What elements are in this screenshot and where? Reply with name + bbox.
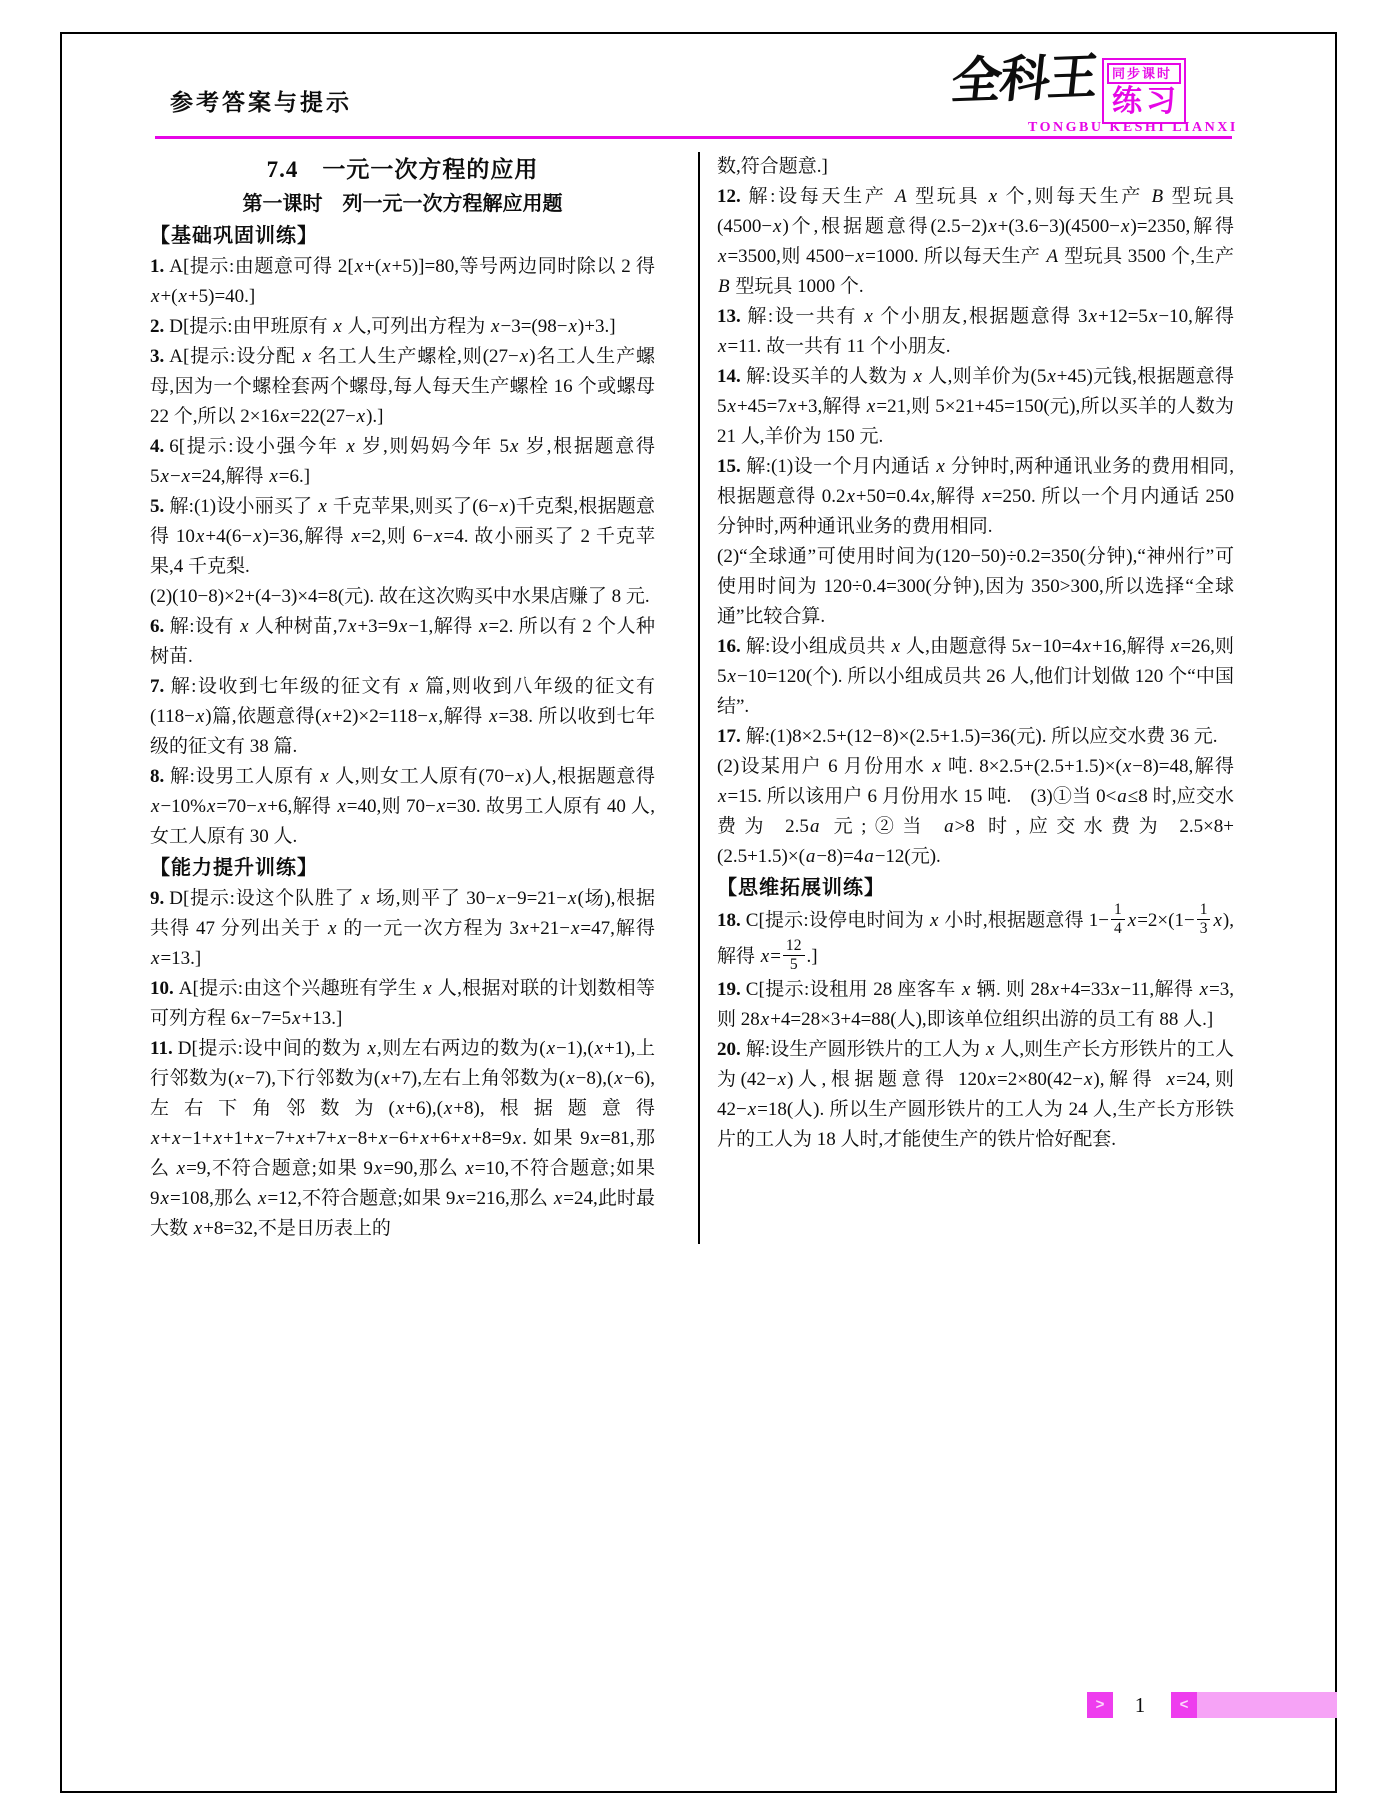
left-column: 7.4 一元一次方程的应用第一课时 列一元一次方程解应用题【基础巩固训练】1.A… xyxy=(150,152,655,1244)
answer-item-number: 9. xyxy=(150,888,164,909)
page-number: 1 xyxy=(1120,1693,1160,1718)
answer-item: (2)(10−8)×2+(4−3)×4=8(元). 故在这次购买中水果店赚了 8… xyxy=(150,582,655,612)
answer-item: 8.解:设男工人原有 x 人,则女工人原有(70−x)人,根据题意得 x−10%… xyxy=(150,762,655,852)
fraction: 14 xyxy=(1111,902,1125,938)
answer-item: 14.解:设买羊的人数为 x 人,则羊价为(5x+45)元钱,根据题意得 5x+… xyxy=(717,362,1234,452)
answer-item: 1.A[提示:由题意可得 2[x+(x+5)]=80,等号两边同时除以 2 得 … xyxy=(150,252,655,312)
answer-item-number: 8. xyxy=(150,766,164,787)
answer-item-number: 6. xyxy=(150,616,164,637)
answer-item: 数,符合题意.] xyxy=(717,152,1234,182)
lesson-title: 7.4 一元一次方程的应用 xyxy=(150,152,655,188)
answer-item: 4.6[提示:设小强今年 x 岁,则妈妈今年 5x 岁,根据题意得 5x−x=2… xyxy=(150,432,655,492)
answer-item: 13.解:设一共有 x 个小朋友,根据题意得 3x+12=5x−10,解得 x=… xyxy=(717,302,1234,362)
answer-item-number: 19. xyxy=(717,979,741,1000)
answer-item: 15.解:(1)设一个月内通话 x 分钟时,两种通讯业务的费用相同,根据题意得 … xyxy=(717,452,1234,542)
answer-item-number: 3. xyxy=(150,346,164,367)
answer-item: 5.解:(1)设小丽买了 x 千克苹果,则买了(6−x)千克梨,根据题意得 10… xyxy=(150,492,655,582)
answer-item: (2)设某用户 6 月份用水 x 吨. 8×2.5+(2.5+1.5)×(x−8… xyxy=(717,752,1234,872)
answer-item-number: 20. xyxy=(717,1039,741,1060)
answer-item-number: 7. xyxy=(150,676,164,697)
answer-item: 2.D[提示:由甲班原有 x 人,可列出方程为 x−3=(98−x)+3.] xyxy=(150,312,655,342)
answer-item: (2)“全球通”可使用时间为(120−50)÷0.2=350(分钟),“神州行”… xyxy=(717,542,1234,632)
answer-item: 9.D[提示:设这个队胜了 x 场,则平了 30−x−9=21−x(场),根据共… xyxy=(150,884,655,974)
answer-item-number: 10. xyxy=(150,978,174,999)
answer-item: 17.解:(1)8×2.5+(12−8)×(2.5+1.5)=36(元). 所以… xyxy=(717,722,1234,752)
section-heading: 【思维拓展训练】 xyxy=(717,872,1234,904)
section-heading: 【基础巩固训练】 xyxy=(150,220,655,252)
answer-item-number: 1. xyxy=(150,256,164,277)
section-heading: 【能力提升训练】 xyxy=(150,852,655,884)
right-column-with-divider: 数,符合题意.]12.解:设每天生产 A 型玩具 x 个,则每天生产 B 型玩具… xyxy=(698,152,1234,1244)
brand-badge-title: 练习 xyxy=(1104,84,1184,122)
answer-item: 16.解:设小组成员共 x 人,由题意得 5x−10=4x+16,解得 x=26… xyxy=(717,632,1234,722)
answer-item: 10.A[提示:由这个兴趣班有学生 x 人,根据对联的计划数相等可列方程 6x−… xyxy=(150,974,655,1034)
answer-item: 18.C[提示:设停电时间为 x 小时,根据题意得 1−14x=2×(1−13x… xyxy=(717,904,1234,975)
previous-page-button[interactable]: < xyxy=(1171,1692,1197,1718)
answer-item: 6.解:设有 x 人种树苗,7x+3=9x−1,解得 x=2. 所以有 2 个人… xyxy=(150,612,655,672)
answer-item-number: 4. xyxy=(150,436,164,457)
answer-item: 19.C[提示:设租用 28 座客车 x 辆. 则 28x+4=33x−11,解… xyxy=(717,975,1234,1035)
answer-item: 11.D[提示:设中间的数为 x,则左右两边的数为(x−1),(x+1),上行邻… xyxy=(150,1034,655,1244)
answer-item-number: 13. xyxy=(717,306,741,327)
answer-item-number: 2. xyxy=(150,316,164,337)
brand-badge-series: 同步课时 xyxy=(1107,63,1181,84)
pagination-bar: < xyxy=(1171,1692,1337,1718)
answer-item-number: 16. xyxy=(717,636,741,657)
answer-item-number: 12. xyxy=(717,186,741,207)
page-header-title: 参考答案与提示 xyxy=(170,84,352,117)
answer-item-number: 18. xyxy=(717,910,741,931)
brand-logo: 全科王 同步课时 练习 xyxy=(952,54,1186,124)
answers-content: 7.4 一元一次方程的应用第一课时 列一元一次方程解应用题【基础巩固训练】1.A… xyxy=(150,152,1234,1244)
header-divider-rule xyxy=(155,136,1232,139)
lesson-subtitle: 第一课时 列一元一次方程解应用题 xyxy=(150,188,655,220)
brand-name: 全科王 xyxy=(949,52,1099,107)
answer-item: 12.解:设每天生产 A 型玩具 x 个,则每天生产 B 型玩具(4500−x)… xyxy=(717,182,1234,302)
answer-item-number: 11. xyxy=(150,1038,173,1059)
answer-item: 7.解:设收到七年级的征文有 x 篇,则收到八年级的征文有(118−x)篇,依题… xyxy=(150,672,655,762)
answer-item-number: 5. xyxy=(150,496,164,517)
answer-item: 20.解:设生产圆形铁片的工人为 x 人,则生产长方形铁片的工人为(42−x)人… xyxy=(717,1035,1234,1155)
brand-badge: 同步课时 练习 xyxy=(1102,58,1186,124)
next-page-button[interactable]: > xyxy=(1087,1692,1113,1718)
brand-tagline: TONGBU KESHI LIANXI xyxy=(1028,120,1238,136)
answer-item-number: 17. xyxy=(717,726,741,747)
workbook-answer-page: 参考答案与提示 全科王 同步课时 练习 TONGBU KESHI LIANXI … xyxy=(0,0,1398,1805)
fraction: 13 xyxy=(1197,902,1211,938)
answer-item: 3.A[提示:设分配 x 名工人生产螺栓,则(27−x)名工人生产螺母,因为一个… xyxy=(150,342,655,432)
fraction: 125 xyxy=(783,938,805,974)
answer-item-number: 15. xyxy=(717,456,741,477)
answer-item-number: 14. xyxy=(717,366,741,387)
